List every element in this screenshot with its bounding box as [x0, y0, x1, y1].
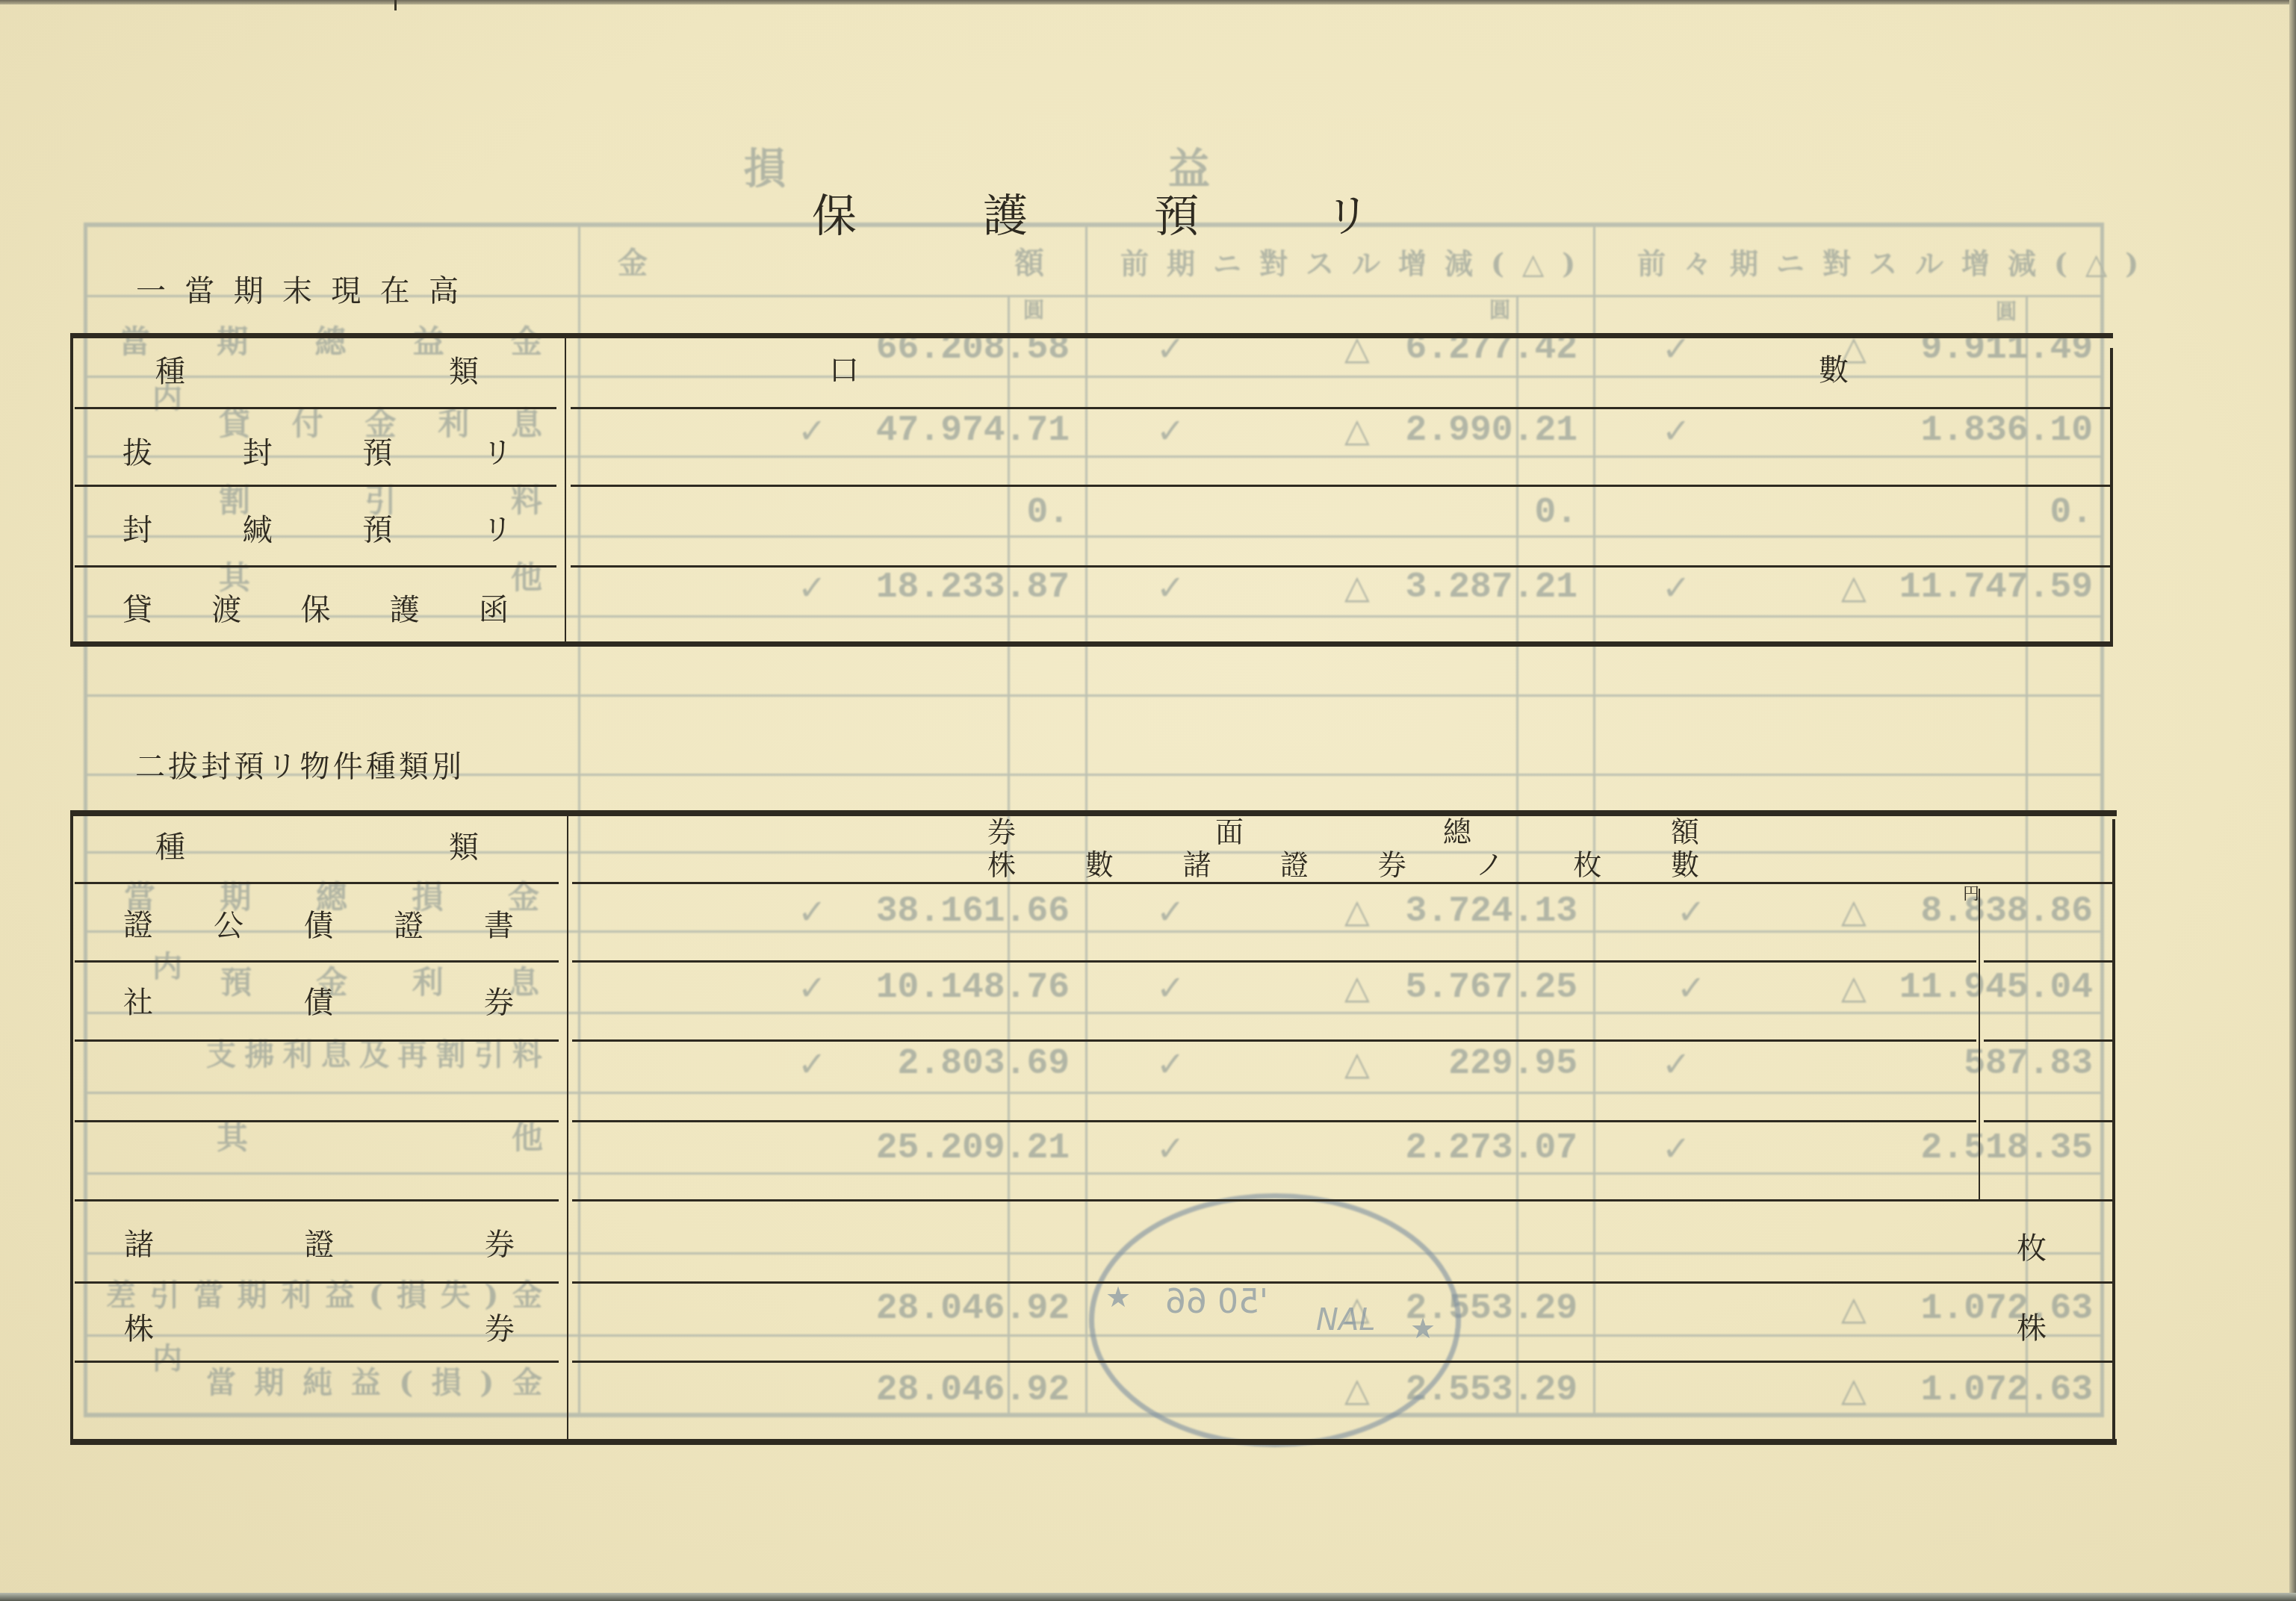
row-rule	[572, 1120, 1976, 1122]
glyph: 末	[282, 276, 312, 306]
glyph: 金	[511, 326, 542, 358]
glyph: 料	[512, 1040, 542, 1070]
row-rule	[572, 1199, 2112, 1201]
section2-heading: 二拔封預リ物件種類別	[135, 751, 462, 783]
table-border-left	[70, 810, 73, 1445]
count-cell	[575, 438, 2099, 469]
glyph: (	[369, 1281, 383, 1311]
glyph: 益	[413, 326, 444, 358]
column-header-count-a: 口	[829, 355, 859, 387]
glyph: 當	[193, 1281, 223, 1311]
column-divider	[565, 338, 566, 641]
row-rule	[75, 960, 559, 963]
glyph: 金	[512, 1368, 542, 1398]
table-border-right	[2112, 819, 2115, 1445]
st-header-amount-b: 額	[1014, 249, 1044, 279]
glyph: 債	[304, 988, 334, 1018]
glyph: 保	[301, 595, 331, 625]
glyph: 總	[1443, 818, 1471, 846]
glyph: 高	[429, 276, 459, 306]
row-rule	[572, 1361, 2112, 1363]
glyph: 預	[362, 438, 392, 468]
st-row-label: 支拂利息及再割引料	[206, 1040, 542, 1070]
glyph: 期	[234, 276, 264, 306]
row-rule	[75, 485, 556, 487]
glyph: 面	[1215, 818, 1244, 846]
glyph: 封	[201, 752, 231, 782]
glyph: 當	[119, 326, 150, 358]
glyph: 料	[511, 485, 542, 517]
glyph: 緘	[243, 515, 273, 545]
glyph: 再	[397, 1040, 427, 1070]
amount-cell	[575, 1066, 1964, 1098]
row-rule	[572, 1039, 1976, 1042]
glyph: 引	[474, 1040, 504, 1070]
unit-sheets: 枚	[2017, 1234, 2047, 1265]
st-title-a: 損	[744, 148, 786, 190]
row-rule	[1984, 1039, 2112, 1042]
glyph: 預	[362, 515, 392, 545]
section1-heading: 一當期末現在高	[136, 276, 459, 307]
row-label-public-bonds: 公債證書	[214, 910, 514, 942]
glyph: 券	[485, 1314, 515, 1344]
glyph: 物	[300, 752, 330, 782]
glyph: 封	[243, 438, 273, 468]
glyph: 總	[314, 326, 346, 358]
page-title: 保護預リ	[812, 193, 1370, 240]
glyph: 枚	[1573, 851, 1601, 879]
row-rule	[75, 1281, 559, 1284]
row-rule	[572, 882, 2112, 884]
row-rule	[1984, 1120, 2112, 1122]
glyph: 護	[983, 194, 1028, 239]
glyph: 數	[1085, 851, 1114, 879]
row-rule	[571, 407, 2110, 409]
glyph: 純	[302, 1368, 332, 1398]
glyph: 損	[432, 1368, 462, 1398]
glyph: 種	[155, 833, 185, 862]
table-border-right	[2110, 348, 2113, 647]
row-rule	[75, 565, 556, 568]
glyph: 及	[359, 1040, 389, 1070]
glyph: 他	[512, 1122, 543, 1154]
row-rule	[75, 1120, 559, 1122]
glyph: 支	[206, 1040, 236, 1070]
glyph: 預	[1154, 194, 1199, 239]
glyph: 金	[512, 1281, 542, 1311]
glyph: 二	[135, 752, 165, 782]
row-group-label: 證	[123, 910, 153, 942]
glyph: 拂	[244, 1040, 274, 1070]
amount-cell	[575, 1146, 1964, 1178]
st-unit: 圓	[1023, 300, 1044, 321]
column-header-type: 種類	[155, 356, 479, 388]
amount-cell	[575, 987, 1964, 1019]
st-row-label: 當期總益金	[119, 326, 542, 358]
glyph: 封	[122, 515, 152, 545]
unit-shares: 株	[2017, 1314, 2047, 1345]
stamp-star-icon: ★	[1105, 1283, 1131, 1311]
row-rule	[572, 1281, 2112, 1284]
glyph: 息	[511, 408, 542, 440]
table-border-bottom	[70, 1439, 2117, 1445]
glyph: )	[480, 1368, 494, 1398]
column-divider	[567, 816, 568, 1439]
glyph: 券	[987, 818, 1016, 846]
row-label-safe-deposit-box: 貸渡保護函	[122, 594, 509, 626]
st-unit: 圓	[1996, 302, 2017, 323]
table-border-top	[70, 810, 2117, 816]
glyph: 利	[283, 1040, 313, 1070]
st-unit: 圓	[1489, 300, 1510, 321]
column-header-type: 種類	[155, 832, 479, 863]
document-page: 損 益 金 額 前期ニ對スル增減(△) 前々期ニ對スル增減(△) 圓 圓 圓 當…	[0, 0, 2296, 1601]
column-header-face-value: 券面總額	[987, 817, 1699, 847]
row-rule	[571, 485, 2110, 487]
glyph: 諸	[124, 1230, 154, 1260]
glyph: 金	[364, 408, 396, 440]
glyph: 貸	[122, 595, 152, 625]
glyph: ノ	[1476, 851, 1504, 879]
count-cell	[575, 1229, 1994, 1260]
glyph: 現	[331, 276, 361, 306]
count-cell	[575, 1386, 1994, 1417]
glyph: 失	[441, 1281, 471, 1311]
glyph: 券	[485, 1230, 515, 1260]
yen-sen-divider	[1979, 889, 1980, 1200]
glyph: 損	[397, 1281, 426, 1311]
row-rule	[75, 1039, 559, 1042]
glyph: リ	[1325, 194, 1370, 239]
glyph: 券	[484, 988, 514, 1018]
glyph: 證	[305, 1230, 335, 1260]
st-row-label: 割引料	[219, 485, 542, 517]
st-row-label: 當期純益(損)金	[206, 1368, 542, 1398]
glyph: 株	[124, 1314, 154, 1344]
glyph: 期	[217, 326, 248, 358]
row-rule	[75, 1361, 559, 1363]
row-label-corporate-bonds: 社債券	[123, 987, 514, 1019]
column-header-share-count: 株數諸證券ノ枚數	[987, 850, 1699, 880]
glyph: 割	[436, 1040, 466, 1070]
glyph: 公	[214, 911, 243, 941]
glyph: )	[484, 1281, 498, 1311]
glyph: 種	[366, 752, 396, 782]
row-label-stock-certificates: 株券	[124, 1314, 515, 1345]
glyph: 類	[399, 752, 429, 782]
glyph: 益	[351, 1368, 381, 1398]
glyph: 證	[394, 911, 423, 941]
table-border-bottom	[70, 641, 2113, 647]
st-title-b: 益	[1168, 148, 1210, 190]
row-rule	[572, 960, 1976, 963]
glyph: 期	[238, 1281, 267, 1311]
row-rule	[571, 565, 2110, 568]
st-header-amount-a: 金	[618, 249, 648, 279]
glyph: 證	[1280, 851, 1309, 879]
glyph: 拔	[122, 438, 152, 468]
st-row-label: 差引當期利益(損失)金	[106, 1281, 542, 1311]
glyph: 渡	[211, 595, 241, 625]
glyph: 割	[219, 485, 250, 517]
count-cell	[575, 594, 2099, 626]
column-header-count-b: 數	[1819, 355, 1849, 387]
amount-cell	[575, 910, 1964, 942]
glyph: 利	[281, 1281, 311, 1311]
glyph: 諸	[1182, 851, 1211, 879]
glyph: 拔	[168, 752, 198, 782]
glyph: 數	[1671, 851, 1699, 879]
glyph: 函	[479, 595, 509, 625]
glyph: 利	[438, 408, 469, 440]
glyph: 息	[321, 1040, 351, 1070]
glyph: 引	[364, 485, 396, 517]
glyph: リ	[267, 752, 297, 782]
glyph: 類	[449, 833, 479, 862]
count-cell	[575, 515, 2099, 546]
glyph: 一	[136, 276, 166, 306]
row-label-various-securities: 諸證券	[124, 1229, 515, 1260]
glyph: 別	[432, 752, 462, 782]
st-frame-left	[84, 223, 87, 1417]
glyph: リ	[483, 438, 512, 468]
glyph: 當	[206, 1368, 236, 1398]
glyph: 付	[292, 408, 323, 440]
st-row-label: 貸付金利息	[219, 408, 542, 440]
glyph: 預	[234, 752, 264, 782]
row-rule	[75, 1199, 559, 1201]
glyph: 在	[380, 276, 410, 306]
glyph: 引	[150, 1281, 180, 1311]
glyph: 件	[333, 752, 363, 782]
glyph: 保	[812, 194, 857, 239]
glyph: 益	[325, 1281, 355, 1311]
row-label-sealed-deposit: 封緘預リ	[122, 515, 512, 546]
row-label-unsealed-deposit: 拔封預リ	[122, 438, 512, 469]
currency-unit-yen: 円	[1963, 886, 1979, 903]
table-border-left	[70, 333, 73, 647]
st-frame-right	[2100, 223, 2104, 1417]
glyph: 株	[987, 851, 1016, 879]
glyph: 貸	[219, 408, 250, 440]
row-rule	[1984, 960, 2112, 963]
glyph: リ	[483, 515, 512, 545]
glyph: 書	[484, 911, 514, 941]
glyph: 額	[1671, 818, 1699, 846]
glyph: 其	[217, 1122, 248, 1154]
st-rule	[84, 694, 2103, 697]
glyph: 差	[106, 1281, 136, 1311]
st-row-prefix: 内	[152, 1344, 182, 1374]
row-rule	[75, 407, 556, 409]
row-rule	[75, 882, 559, 884]
st-header-prev: 前期ニ對スル增減(△)	[1120, 249, 1593, 278]
glyph: 種	[155, 357, 185, 387]
glyph: 護	[390, 595, 420, 625]
glyph: 券	[1378, 851, 1406, 879]
glyph: 社	[123, 988, 153, 1018]
st-header-prev2: 前々期ニ對スル增減(△)	[1637, 249, 2156, 278]
st-row-prefix: 内	[152, 952, 182, 982]
glyph: 期	[255, 1368, 285, 1398]
glyph: (	[399, 1368, 413, 1398]
table-border-top	[70, 333, 2113, 338]
glyph: 類	[449, 357, 479, 387]
st-row-label: 其他	[217, 1122, 543, 1154]
count-cell	[575, 1314, 1994, 1345]
glyph: 當	[184, 276, 214, 306]
glyph: 債	[304, 911, 334, 941]
